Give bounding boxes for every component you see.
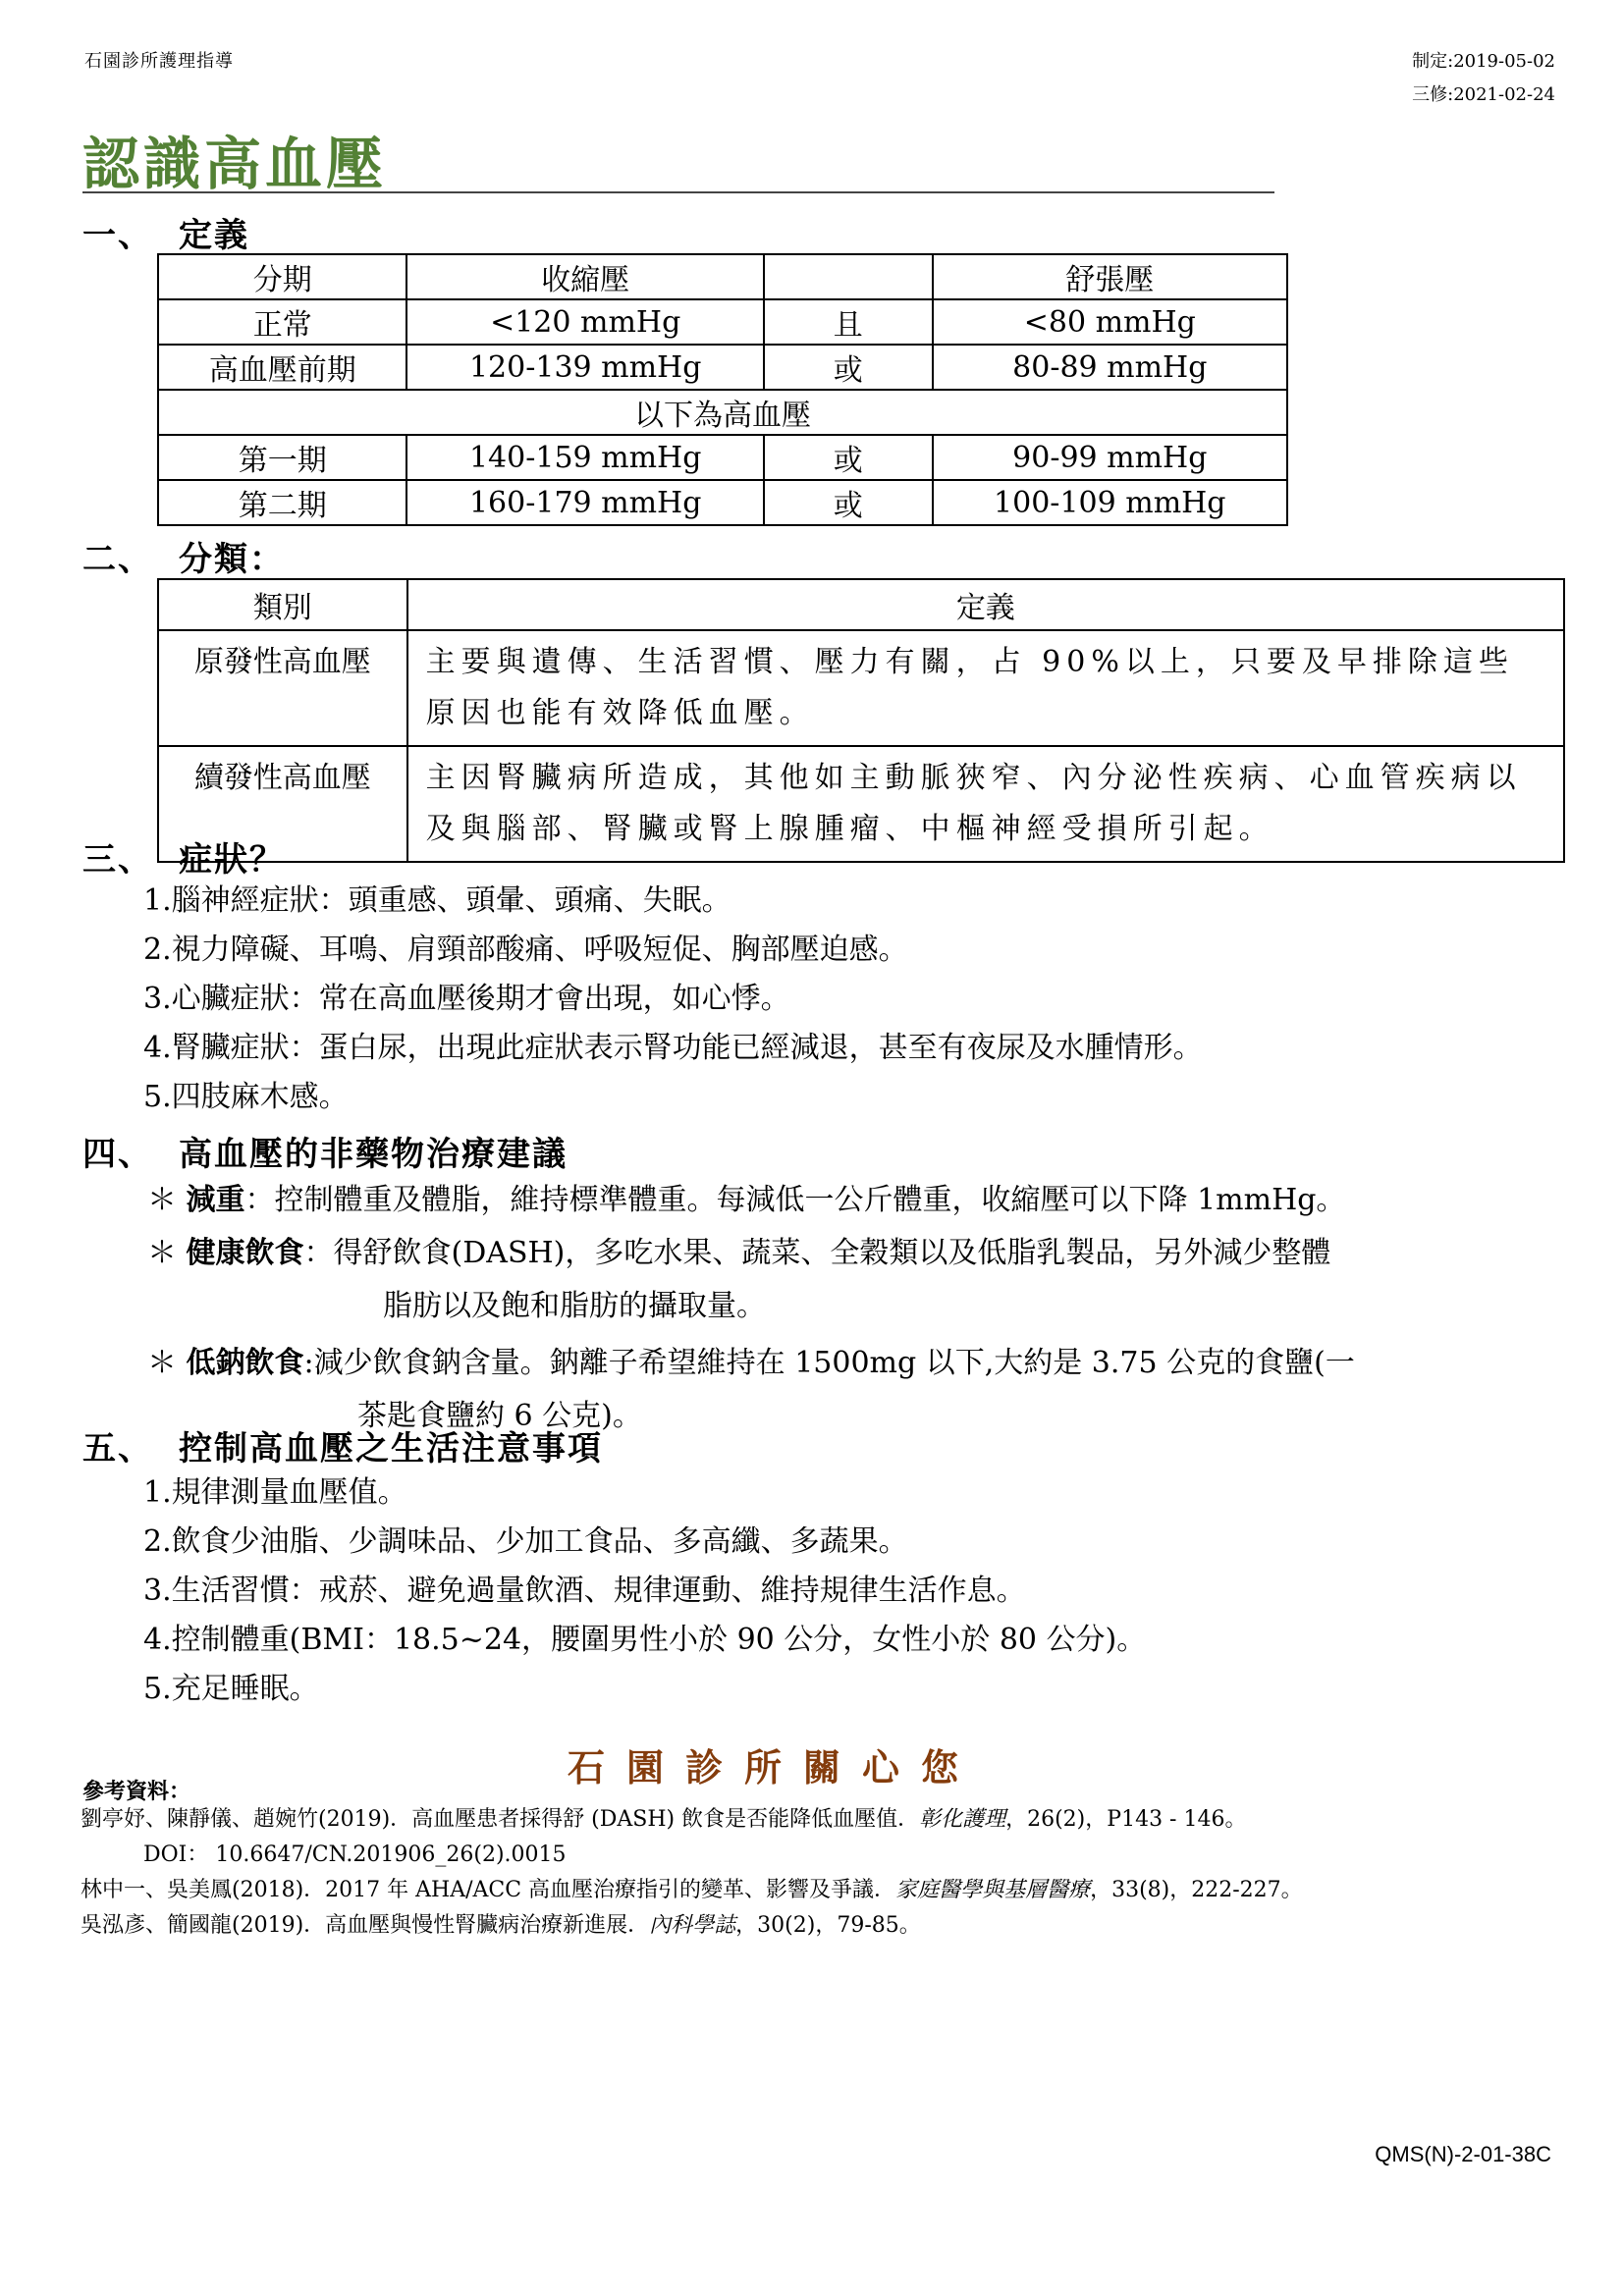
table-divider-row: 以下為高血壓 — [158, 390, 1287, 435]
asterisk-bullet-icon: ＊ — [147, 1236, 177, 1270]
reference-text: ，33(8)，222-227。 — [1090, 1878, 1303, 1902]
table-cell: 高血壓前期 — [158, 345, 406, 390]
references-list: 劉亭妤、陳靜儀、趙婉竹(2019)．高血壓患者採得舒 (DASH) 飲食是否能降… — [81, 1802, 1303, 1944]
section-number: 五、 — [82, 1421, 179, 1469]
list-item: ＊ 低鈉飲食:減少飲食鈉含量。鈉離子希望維持在 1500mg 以下,大約是 3.… — [147, 1337, 1355, 1390]
list-item: 1.腦神經症狀：頭重感、頭暈、頭痛、失眠。 — [143, 877, 1203, 926]
table-cell: 80-89 mmHg — [933, 345, 1287, 390]
reference-doi: DOI： 10.6647/CN.201906_26(2).0015 — [81, 1838, 1303, 1873]
list-item: ＊ 健康飲食：得舒飲食(DASH)，多吃水果、蔬菜、全穀類以及低脂乳製品，另外減… — [147, 1227, 1355, 1280]
table-row: 續發性高血壓 主因腎臟病所造成，其他如主動脈狹窄、內分泌性疾病、心血管疾病以及與… — [158, 746, 1564, 862]
reference-item: 林中一、吳美鳳(2018)．2017 年 AHA/ACC 高血壓治療指引的變革、… — [81, 1873, 1303, 1908]
table-header: 收縮壓 — [406, 254, 763, 299]
symptom-list: 1.腦神經症狀：頭重感、頭暈、頭痛、失眠。 2.視力障礙、耳鳴、肩頸部酸痛、呼吸… — [143, 877, 1203, 1122]
journal-name: 彰化護理 — [919, 1807, 1005, 1832]
table-cell: 主要與遺傳、生活習慣、壓力有關，占 90%以上，只要及早排除這些原因也能有效降低… — [407, 630, 1564, 746]
table-cell: 且 — [764, 299, 933, 345]
section-5-heading: 五、控制高血壓之生活注意事項 — [82, 1421, 603, 1469]
tip-label: 健康飲食 — [187, 1236, 304, 1270]
list-item: 5.充足睡眠。 — [143, 1665, 1146, 1714]
table-cell: 100-109 mmHg — [933, 480, 1287, 525]
table-cell: 120-139 mmHg — [406, 345, 763, 390]
section-4-heading: 四、高血壓的非藥物治療建議 — [82, 1127, 568, 1175]
section-2-heading: 二、分類： — [82, 532, 285, 580]
tip-text: :減少飲食鈉含量。鈉離子希望維持在 1500mg 以下,大約是 3.75 公克的… — [304, 1346, 1355, 1380]
established-date: 制定:2019-05-02 — [1412, 45, 1555, 79]
table-header: 舒張壓 — [933, 254, 1287, 299]
section-title: 定義 — [179, 216, 249, 255]
list-item: 3.心臟症狀：常在高血壓後期才會出現，如心悸。 — [143, 975, 1203, 1024]
table-header: 定義 — [407, 579, 1564, 630]
reference-text: 劉亭妤、陳靜儀、趙婉竹(2019)．高血壓患者採得舒 (DASH) 飲食是否能降… — [81, 1807, 919, 1832]
reference-text: ，30(2)，79-85。 — [735, 1913, 921, 1938]
table-cell: 第一期 — [158, 435, 406, 480]
clinic-care-slogan: 石園診所關心您 — [568, 1737, 980, 1791]
list-item: 4.腎臟症狀：蛋白尿，出現此症狀表示腎功能已經減退，甚至有夜尿及水腫情形。 — [143, 1024, 1203, 1073]
table-cell: <80 mmHg — [933, 299, 1287, 345]
list-item: 2.視力障礙、耳鳴、肩頸部酸痛、呼吸短促、胸部壓迫感。 — [143, 926, 1203, 975]
section-1-heading: 一、定義 — [82, 208, 249, 256]
journal-name: 內科學誌 — [649, 1913, 735, 1938]
table-cell: 或 — [764, 480, 933, 525]
reference-item: 劉亭妤、陳靜儀、趙婉竹(2019)．高血壓患者採得舒 (DASH) 飲食是否能降… — [81, 1802, 1303, 1838]
section-title: 高血壓的非藥物治療建議 — [179, 1135, 568, 1174]
table-cell: 160-179 mmHg — [406, 480, 763, 525]
table-row: 原發性高血壓 主要與遺傳、生活習慣、壓力有關，占 90%以上，只要及早排除這些原… — [158, 630, 1564, 746]
list-item: 3.生活習慣：戒菸、避免過量飲酒、規律運動、維持規律生活作息。 — [143, 1567, 1146, 1616]
section-3-heading: 三、症狀？ — [82, 832, 285, 881]
reference-item: 吳泓彥、簡國龍(2019)．高血壓與慢性腎臟病治療新進展．內科學誌，30(2)，… — [81, 1908, 1303, 1944]
section-number: 四、 — [82, 1127, 179, 1175]
table-cell: <120 mmHg — [406, 299, 763, 345]
table-cell: 或 — [764, 435, 933, 480]
table-header: 類別 — [158, 579, 407, 630]
page-title: 認識高血壓 — [82, 118, 387, 200]
section-number: 二、 — [82, 532, 179, 580]
table-cell: 原發性高血壓 — [158, 630, 407, 746]
bp-definition-table: 分期 收縮壓 舒張壓 正常 <120 mmHg 且 <80 mmHg 高血壓前期… — [157, 253, 1288, 526]
journal-name: 家庭醫學與基層醫療 — [895, 1878, 1090, 1902]
table-header-row: 分期 收縮壓 舒張壓 — [158, 254, 1287, 299]
reference-text: ，26(2)，P143 - 146。 — [1005, 1807, 1246, 1832]
section-title: 控制高血壓之生活注意事項 — [179, 1429, 603, 1468]
revision-info: 制定:2019-05-02 三修:2021-02-24 — [1412, 45, 1555, 112]
table-row: 第一期 140-159 mmHg 或 90-99 mmHg — [158, 435, 1287, 480]
list-item: 1.規律測量血壓值。 — [143, 1468, 1146, 1518]
table-cell: 90-99 mmHg — [933, 435, 1287, 480]
non-drug-treatment-list: ＊ 減重：控制體重及體脂，維持標準體重。每減低一公斤體重，收縮壓可以下降 1mm… — [147, 1174, 1355, 1443]
hypertension-divider-label: 以下為高血壓 — [158, 390, 1287, 435]
tip-continuation: 脂肪以及飽和脂肪的攝取量。 — [147, 1280, 1355, 1333]
document-id: QMS(N)-2-01-38C — [1375, 2142, 1551, 2167]
tip-text: ：得舒飲食(DASH)，多吃水果、蔬菜、全穀類以及低脂乳製品，另外減少整體 — [304, 1236, 1331, 1270]
title-divider — [82, 191, 1274, 193]
section-title: 分類： — [179, 540, 285, 579]
tip-label: 減重 — [187, 1183, 245, 1217]
reference-text: 吳泓彥、簡國龍(2019)．高血壓與慢性腎臟病治療新進展． — [81, 1913, 649, 1938]
table-header — [764, 254, 933, 299]
list-item: 5.四肢麻木感。 — [143, 1073, 1203, 1122]
tip-text: ：控制體重及體脂，維持標準體重。每減低一公斤體重，收縮壓可以下降 1mmHg。 — [245, 1183, 1346, 1217]
section-number: 一、 — [82, 208, 179, 256]
tip-label: 低鈉飲食 — [187, 1346, 304, 1380]
lifestyle-list: 1.規律測量血壓值。 2.飲食少油脂、少調味品、少加工食品、多高纖、多蔬果。 3… — [143, 1468, 1146, 1714]
table-header: 分期 — [158, 254, 406, 299]
table-header-row: 類別 定義 — [158, 579, 1564, 630]
classification-table: 類別 定義 原發性高血壓 主要與遺傳、生活習慣、壓力有關，占 90%以上，只要及… — [157, 578, 1565, 863]
references-heading: 參考資料： — [82, 1775, 190, 1805]
table-cell: 140-159 mmHg — [406, 435, 763, 480]
table-cell: 正常 — [158, 299, 406, 345]
list-item: 4.控制體重(BMI：18.5~24，腰圍男性小於 90 公分，女性小於 80 … — [143, 1616, 1146, 1665]
list-item: ＊ 減重：控制體重及體脂，維持標準體重。每減低一公斤體重，收縮壓可以下降 1mm… — [147, 1174, 1355, 1227]
doi-text: DOI： 10.6647/CN.201906_26(2).0015 — [143, 1842, 567, 1867]
table-cell: 或 — [764, 345, 933, 390]
section-number: 三、 — [82, 832, 179, 881]
table-row: 高血壓前期 120-139 mmHg 或 80-89 mmHg — [158, 345, 1287, 390]
table-cell: 主因腎臟病所造成，其他如主動脈狹窄、內分泌性疾病、心血管疾病以及與腦部、腎臟或腎… — [407, 746, 1564, 862]
table-row: 第二期 160-179 mmHg 或 100-109 mmHg — [158, 480, 1287, 525]
table-row: 正常 <120 mmHg 且 <80 mmHg — [158, 299, 1287, 345]
section-title: 症狀？ — [179, 840, 285, 880]
asterisk-bullet-icon: ＊ — [147, 1346, 177, 1380]
asterisk-bullet-icon: ＊ — [147, 1183, 177, 1217]
list-item: 2.飲食少油脂、少調味品、少加工食品、多高纖、多蔬果。 — [143, 1518, 1146, 1567]
org-guide-label: 石園診所護理指導 — [84, 47, 234, 73]
table-cell: 第二期 — [158, 480, 406, 525]
reference-text: 林中一、吳美鳳(2018)．2017 年 AHA/ACC 高血壓治療指引的變革、… — [81, 1878, 895, 1902]
revision-date: 三修:2021-02-24 — [1412, 79, 1555, 112]
